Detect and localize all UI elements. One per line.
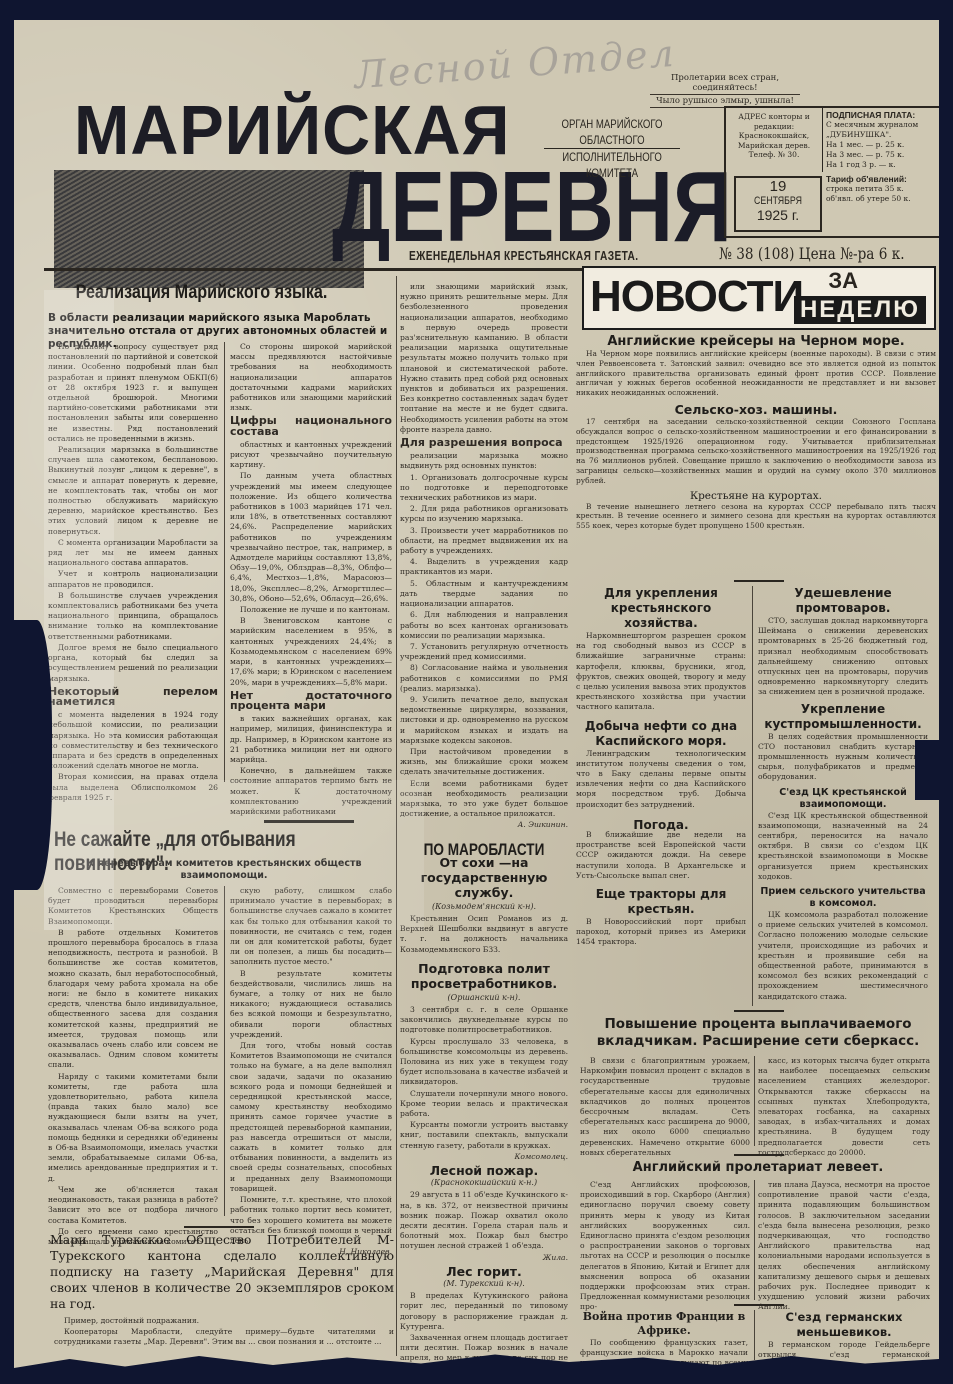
paragraph: Пример, достойный подражания. [54, 1316, 394, 1326]
paragraph: тив плана Дауэса, несмотря на простое со… [758, 1180, 930, 1313]
paragraph: Для того, чтобы новый состав Комитетов В… [230, 1041, 392, 1194]
divider-rule [184, 1226, 254, 1228]
list-item: 3. Произвести учет марработников по обла… [400, 526, 568, 557]
article-column: С'езд Английских профсоюзов, происходивш… [580, 1180, 750, 1314]
paragraph: Наркомвнешторгом разрешен сроком на год … [576, 631, 746, 713]
headline: Лесной пожар. [400, 1166, 568, 1176]
list-item: 1. Организовать долгосрочные курсы по по… [400, 473, 568, 504]
news-top-block: Английские крейсеры на Черном море. На Ч… [576, 334, 936, 532]
paragraph: Если всеми работниками будет осознан нео… [400, 779, 568, 820]
column-divider [752, 586, 753, 1006]
paper-tear [915, 740, 939, 800]
paragraph: В целях содействия промышленности СТО по… [758, 732, 928, 783]
source-note: (Козьмодем'янский к-н). [400, 902, 568, 912]
headline: Подготовка полит просветработников. [400, 961, 568, 991]
paper-tear [14, 620, 52, 890]
signature: Комсомолец. [400, 1152, 568, 1162]
motto-russian: Пролетарии всех стран, соединяйтесь! [650, 72, 800, 95]
paragraph: СТО, заслушав доклад наркомвнуторга Шейм… [758, 616, 928, 698]
paragraph: Курсы прослушало 33 человека, в большинс… [400, 1037, 568, 1088]
headline: С'езд ЦК крестьянской взаимопомощи. [758, 787, 928, 811]
paragraph: Чем же об'ясняется такая неодинаковость,… [48, 1185, 218, 1226]
headline-savings: Повышение процента выплачиваемого вкладч… [580, 1016, 936, 1050]
list-item: 7. Установить регулярную отчетность учре… [400, 642, 568, 662]
paragraph: или знающими марийский язык, нужно приня… [400, 282, 568, 435]
paragraph: В результате комитеты бездействовали, чи… [230, 969, 392, 1040]
divider-rule [734, 580, 784, 582]
paragraph: Слушатели почерпнули много нового. Кроме… [400, 1089, 568, 1120]
source-note: (Краснококшайский к-н.) [400, 1178, 568, 1188]
headline: Еще тракторы для крестьян. [576, 887, 746, 917]
column-divider [754, 1056, 755, 1146]
list-item: 5. Областным и кантучреждениям дать твер… [400, 579, 568, 610]
subscription-line: На 1 мес. — р. 25 к. [826, 140, 939, 150]
news-column-b: Удешевление промтоваров. СТО, заслушав д… [758, 586, 928, 1003]
headline: Удешевление промтоваров. [758, 586, 928, 616]
paragraph: В Звениговском кантоне с марийским насел… [230, 616, 392, 687]
paragraph: 3 сентября с. г. в селе Оршанке закончил… [400, 1005, 568, 1036]
divider-rule [734, 1154, 784, 1156]
headline: Лес горит. [400, 1267, 568, 1277]
subheading: Для разрешения вопроса [400, 438, 568, 448]
paragraph: в таких важнейших органах, как например,… [230, 714, 392, 765]
paragraph: Ленинградским технологическим институтом… [576, 749, 746, 810]
ads-heading: Тариф об'явлений: [826, 174, 939, 184]
paragraph: 29 августа в 11 об'езде Кучкинского к-на… [400, 1190, 568, 1251]
date-day: 19 [736, 178, 820, 195]
address-line: Марийская дерев. [726, 141, 822, 151]
newspaper-page: Лесной Отдел Пролетарии всех стран, соед… [14, 20, 939, 1372]
ads-line: об'явл. об утере 50 к. [826, 194, 939, 204]
list-item: 8) Согласование найма и увольнения работ… [400, 663, 568, 694]
address-block: АДРЕС конторы и редакции: Краснококшайск… [726, 108, 823, 172]
headline: Погода. [576, 820, 746, 830]
headline: Английские крейсеры на Черном море. [576, 334, 936, 349]
paragraph: Кооператоры Маробласти, следуйте примеру… [54, 1327, 394, 1347]
paragraph: В Новороссийский порт прибыл пароход, ко… [576, 917, 746, 948]
motto: Пролетарии всех стран, соединяйтесь! Чыл… [650, 72, 800, 108]
subscription-line: „ДУБИНУШКА". [826, 130, 939, 140]
headline: С'езд германских меньшевиков. [758, 1310, 930, 1340]
paragraph: С'езд ЦК крестьянской общественной взаим… [758, 811, 928, 882]
divider-rule [734, 1010, 784, 1012]
headline: От сохи —на государственную службу. [400, 855, 568, 900]
headline: Добыча нефти со дна Каспийского моря. [576, 719, 746, 749]
paragraph: С'езд Английских профсоюзов, происходивш… [580, 1180, 750, 1313]
signature: А. Эшкинин. [400, 820, 568, 830]
paragraph: Со стороны широкой марийской массы предя… [230, 342, 392, 413]
subheading: Нет достаточного процента мари [230, 691, 392, 711]
headline: Прием сельского учительства в комсомол. [758, 886, 928, 910]
article-column: Совместно с перевыборами Советов будет п… [48, 886, 218, 1248]
paragraph: По данным учета областных учреждений мы … [230, 471, 392, 604]
paragraph: Положение не лучше и по кантонам. [230, 605, 392, 615]
paragraph: В течение нынешнего летнего сезона на ку… [576, 502, 936, 531]
organ-line-2: ИСПОЛНИТЕЛЬНОГО КОМИТЕТА [544, 148, 680, 181]
address-line: АДРЕС конторы и редакции: [726, 112, 822, 131]
notice-text: Пример, достойный подражания. Кооператор… [54, 1316, 394, 1349]
paragraph: реализации марязыка можно выдвинуть ряд … [400, 451, 568, 471]
date-month: СЕНТЯБРЯ [744, 195, 811, 207]
date-year: 1925 г. [736, 207, 820, 223]
column-divider [754, 1180, 755, 1300]
article-column: скую работу, слишком слабо принимало уча… [230, 886, 392, 1257]
banner-word-week: НЕДЕЛЮ [794, 296, 926, 324]
headline: Крестьяне на курортах. [576, 490, 936, 502]
middle-column: или знающими марийский язык, нужно приня… [400, 282, 568, 1372]
headline: Война против Франции в Африке. [580, 1310, 748, 1338]
organ-line-1: ОРГАН МАРИЙСКОГО ОБЛАСТНОГО [544, 116, 680, 148]
subscription-line: На 1 год 3 р. — к. [826, 160, 939, 170]
news-column-a: Для укрепления крестьянского хозяйства. … [576, 586, 746, 949]
source-note: (М. Турекский к-н). [400, 1279, 568, 1289]
issue-number-price: № 38 (108) Цена №-ра 6 к. [719, 244, 905, 263]
paragraph: Курсанты помогли устроить выставку книг,… [400, 1120, 568, 1151]
paragraph: В ближайшие две недели на пространстве в… [576, 830, 746, 881]
headline: Для укрепления крестьянского хозяйства. [576, 586, 746, 631]
info-box: АДРЕС конторы и редакции: Краснококшайск… [724, 106, 939, 238]
divider-rule [734, 1304, 784, 1306]
address-line: Телеф. № 30. [726, 150, 822, 160]
news-of-week-banner: НОВОСТИ ЗА НЕДЕЛЮ [582, 266, 936, 330]
signature: Жила. [400, 1253, 568, 1263]
paragraph: В работе отдельных Комитетов прошлого пе… [48, 928, 218, 1071]
headline: Сельско-хоз. машины. [576, 402, 936, 417]
address-line: Краснококшайск, [726, 131, 822, 141]
section-heading-maroblast: ПО МАРОБЛАСТИ [417, 845, 551, 855]
list-item: 4. Выделить в учреждения кадр практикант… [400, 557, 568, 577]
subscription-notice: Мари Турекское Общество Потребителей М-Т… [50, 1232, 394, 1312]
paragraph: 17 сентября на заседании сельско-хозяйст… [576, 417, 936, 486]
paragraph: ЦК комсомола разработал положение о прие… [758, 910, 928, 1002]
article-column: Со стороны широкой марийской массы предя… [230, 342, 392, 818]
issue-date: 19 СЕНТЯБРЯ 1925 г. [734, 176, 822, 232]
subheading: Цифры национального состава [230, 416, 392, 436]
tagline: ЕЖЕНЕДЕЛЬНАЯ КРЕСТЬЯНСКАЯ ГАЗЕТА. [409, 248, 638, 263]
paper-stain [44, 780, 424, 930]
organ-label: ОРГАН МАРИЙСКОГО ОБЛАСТНОГО ИСПОЛНИТЕЛЬН… [544, 116, 680, 181]
headline: Укрепление кустпромышленности. [758, 702, 928, 732]
subscription-line: На 3 мес. — р. 75 к. [826, 150, 939, 160]
paragraph: областных и кантонных учреждений рисуют … [230, 440, 392, 471]
paragraph: Наряду с такими комитетами были комитеты… [48, 1072, 218, 1184]
paragraph: Крестьянин Осип Романов из д. Верхней Ше… [400, 914, 568, 955]
paragraph: касс, из которых тысяча будет открыта на… [758, 1056, 930, 1158]
list-item: 9. Усилить печатное дело, выпуская ведом… [400, 695, 568, 746]
subscription-line: С месячным журналом [826, 120, 939, 130]
banner-word-for: ЗА [828, 268, 858, 294]
article-column: касс, из которых тысяча будет открыта на… [758, 1056, 930, 1159]
column-divider [224, 886, 225, 1216]
column-divider [754, 1310, 755, 1360]
ads-line: строка петита 35 к. [826, 184, 939, 194]
paragraph: В пределах Кутукинского района горит лес… [400, 1291, 568, 1332]
paragraph: На Черном море появились английские крей… [576, 349, 936, 398]
handwritten-note: Лесной Отдел [353, 31, 677, 97]
subscription-block: ПОДПИСНАЯ ПЛАТА: С месячным журналом „ДУ… [826, 110, 939, 204]
article-column: тив плана Дауэса, несмотря на простое со… [758, 1180, 930, 1314]
paragraph: При настойчивом проведении в жизнь, мы б… [400, 747, 568, 778]
list-item: 2. Для ряда работников организовать курс… [400, 504, 568, 524]
list-item: 6. Для наблюдения и направления работы в… [400, 610, 568, 641]
paragraph: В связи с благоприятным урожаем, Наркомф… [580, 1056, 750, 1158]
source-note: (Оршанский к-н). [400, 993, 568, 1003]
headline-proletariat: Английский пролетариат левеет. [580, 1160, 936, 1175]
column-divider [224, 342, 225, 782]
subscription-heading: ПОДПИСНАЯ ПЛАТА: [826, 110, 939, 120]
banner-word-news: НОВОСТИ [590, 272, 803, 322]
article-column: В связи с благоприятным урожаем, Наркомф… [580, 1056, 750, 1159]
